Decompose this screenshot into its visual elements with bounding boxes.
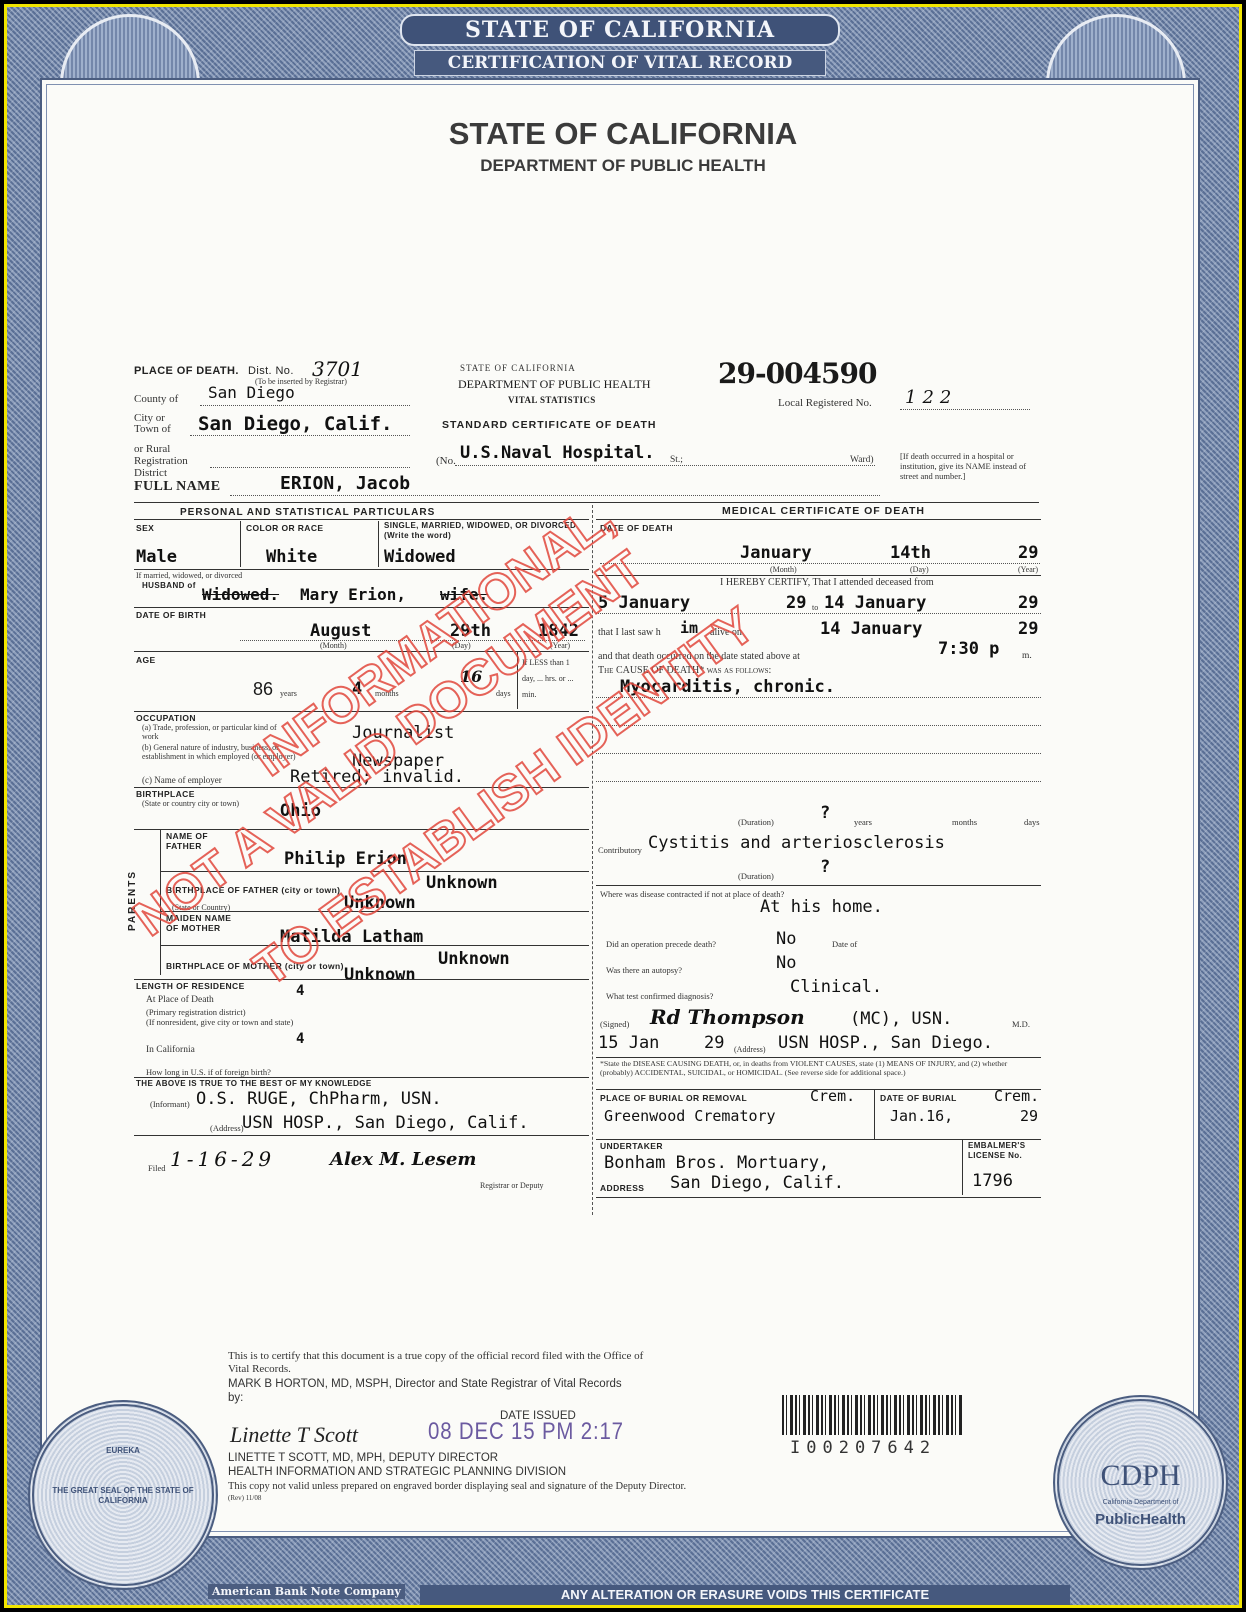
page-subtitle: DEPARTMENT OF PUBLIC HEALTH (0, 156, 1246, 176)
date-issued-stamp: 08 DEC 15 PM 2:17 (428, 1418, 624, 1446)
city-value: San Diego, Calif. (198, 413, 392, 435)
signed-suffix: (MC), USN. (850, 1009, 952, 1029)
top-banner: STATE OF CALIFORNIA CERTIFICATION OF VIT… (400, 14, 840, 80)
burial-date-value: Jan.16, (890, 1107, 953, 1125)
footnote: *State the DISEASE CAUSING DEATH, or, in… (600, 1059, 1040, 1077)
registrar-signature: Alex M. Lesem (330, 1149, 476, 1170)
burial-place-label: PLACE OF BURIAL OR REMOVAL (600, 1093, 747, 1103)
full-name-label: FULL NAME (134, 479, 220, 495)
local-reg-label: Local Registered No. (778, 397, 872, 409)
attended-to-year: 29 (1018, 593, 1038, 613)
california-state-seal-icon: EUREKA THE GREAT SEAL OF THE STATE OF CA… (28, 1400, 218, 1590)
contrib-duration: ? (820, 857, 830, 877)
autopsy-label: Was there an autopsy? (606, 965, 682, 975)
state-file-number: 29-004590 (718, 357, 876, 390)
occupation-label: OCCUPATION (136, 713, 196, 723)
state-registrar: MARK B HORTON, MD, MSPH, Director and St… (228, 1378, 622, 1390)
st-label: St.; (670, 455, 683, 465)
ward-label: Ward) (850, 455, 874, 465)
county-value: San Diego (208, 383, 295, 402)
last-saw-date: 14 January (820, 619, 922, 639)
county-label: County of (134, 393, 178, 405)
barcode-icon (782, 1395, 962, 1435)
burial-year: 29 (1020, 1107, 1038, 1125)
res-place-years: 4 (296, 983, 304, 999)
physician-signature-icon: Rd Thompson (650, 1005, 805, 1029)
burial-date-label: DATE OF BURIAL (880, 1093, 957, 1103)
spouse-label: HUSBAND of (142, 581, 196, 590)
res-place-label: At Place of Death (146, 995, 214, 1005)
filed-date: 1-16-29 (170, 1147, 275, 1171)
mother-birthplace-city: Unknown (438, 949, 510, 969)
full-name-value: ERION, Jacob (280, 473, 410, 494)
age-label: AGE (136, 655, 156, 665)
place-of-death-label: PLACE OF DEATH. (134, 365, 239, 377)
spouse-note: If married, widowed, or divorced (136, 571, 242, 580)
month-caption: (Month) (320, 641, 347, 650)
burial-place-value: Greenwood Crematory (604, 1107, 776, 1125)
res-ca-label: In California (146, 1045, 195, 1055)
undertaker-value: Bonham Bros. Mortuary, (604, 1153, 829, 1173)
dod-day-caption: (Day) (910, 565, 929, 574)
burial-date-header: Crem. (994, 1087, 1039, 1105)
dod-year: 29 (1018, 543, 1038, 563)
signed-label: (Signed) (600, 1019, 629, 1029)
test-label: What test confirmed diagnosis? (606, 991, 713, 1001)
certification-statement: This is to certify that this document is… (228, 1350, 648, 1376)
last-saw-year: 29 (1018, 619, 1038, 639)
years-caption: years (280, 689, 297, 698)
res-place-note: (Primary registration district) (146, 1007, 246, 1017)
contributory-label: Contributory (598, 845, 642, 855)
date-of-label: Date of (832, 939, 857, 949)
revision: (Rev) 11/08 (228, 1494, 261, 1502)
physician-address: USN HOSP., San Diego. (778, 1033, 993, 1053)
race-label: COLOR OR RACE (246, 523, 323, 533)
spouse-struck: Widowed. (202, 585, 279, 604)
no-label: (No. (436, 455, 456, 467)
rural-district-label: or Rural Registration District (134, 443, 214, 479)
age-years: 86 (253, 679, 273, 700)
marital-value: Widowed (384, 547, 456, 567)
vital-stats-label: VITAL STATISTICS (508, 395, 596, 405)
institution-value: U.S.Naval Hospital. (460, 443, 654, 463)
division: HEALTH INFORMATION AND STRATEGIC PLANNIN… (228, 1466, 566, 1478)
dod-month: January (740, 543, 812, 563)
undertaker-address-label: ADDRESS (600, 1183, 644, 1193)
banner-subtitle: CERTIFICATION OF VITAL RECORD (414, 50, 826, 76)
embalmer-value: 1796 (972, 1171, 1013, 1191)
dod-month-caption: (Month) (770, 565, 797, 574)
cause-duration-years: years (854, 817, 872, 827)
embalmer-label: EMBALMER'S LICENSE No. (968, 1141, 1038, 1161)
operation-label: Did an operation precede death? (606, 939, 716, 949)
dob-label: DATE OF BIRTH (136, 610, 206, 620)
cause-duration-months: months (952, 817, 977, 827)
contracted-label: Where was disease contracted if not at p… (600, 889, 784, 899)
md-label: M.D. (1012, 1019, 1030, 1029)
cause-duration: ? (820, 803, 830, 823)
residence-label: LENGTH OF RESIDENCE (136, 981, 245, 991)
mother-birthplace-state: Unknown (344, 965, 416, 985)
cdph-subtitle: California Department of (1059, 1499, 1222, 1506)
barcode-number: I00207642 (790, 1438, 936, 1458)
dept-label: DEPARTMENT OF PUBLIC HEALTH (458, 377, 651, 392)
deputy-signature: Linette T Scott (230, 1422, 358, 1448)
bottom-notice: ANY ALTERATION OR ERASURE VOIDS THIS CER… (420, 1585, 1070, 1605)
to-label: to (812, 603, 818, 612)
informant-cert-label: THE ABOVE IS TRUE TO THE BEST OF MY KNOW… (136, 1079, 372, 1088)
attended-from-year: 29 (786, 593, 806, 613)
operation-value: No (776, 929, 796, 949)
autopsy-value: No (776, 953, 796, 973)
local-reg-value: 122 (905, 387, 957, 408)
printer-name: American Bank Note Company (208, 1584, 405, 1599)
registrar-label: Registrar or Deputy (480, 1181, 544, 1190)
page-title: STATE OF CALIFORNIA (0, 116, 1246, 152)
dist-no-label: Dist. No. (248, 365, 294, 377)
medical-section-title: MEDICAL CERTIFICATE OF DEATH (722, 505, 925, 517)
form-title: STANDARD CERTIFICATE OF DEATH (442, 419, 657, 431)
m-label: m. (1022, 651, 1032, 661)
informant-address: USN HOSP., San Diego, Calif. (242, 1113, 529, 1133)
dod-year-caption: (Year) (1018, 565, 1038, 574)
death-time: 7:30 p (938, 639, 999, 659)
spouse-value: Mary Erion, (300, 585, 406, 604)
seal-text: THE GREAT SEAL OF THE STATE OF CALIFORNI… (34, 1486, 212, 1506)
sex-value: Male (136, 547, 177, 567)
filed-label: Filed (148, 1163, 165, 1173)
signed-date: 15 Jan (598, 1033, 659, 1053)
last-saw-label: that I last saw h (598, 627, 661, 638)
physician-address-label: (Address) (734, 1045, 766, 1054)
undertaker-address: San Diego, Calif. (670, 1173, 844, 1193)
contributory-value: Cystitis and arteriosclerosis (648, 833, 945, 853)
res-ca-years: 4 (296, 1031, 304, 1047)
birthplace-note: (State or country city or town) (142, 799, 242, 808)
banner-title: STATE OF CALIFORNIA (400, 14, 840, 46)
race-value: White (266, 547, 317, 567)
cause-duration-label: (Duration) (738, 817, 774, 827)
institution-note: [If death occurred in a hospital or inst… (900, 451, 1040, 481)
informant-address-label: (Address) (210, 1123, 244, 1133)
by-label: by: (228, 1392, 243, 1404)
res-us-label: How long in U.S. if of foreign birth? (146, 1067, 271, 1077)
deputy-director: LINETTE T SCOTT, MD, MPH, DEPUTY DIRECTO… (228, 1452, 498, 1464)
burial-place-header: Crem. (810, 1087, 855, 1105)
cdph-seal-icon: CDPH California Department of PublicHeal… (1053, 1395, 1228, 1570)
cdph-name: PublicHealth (1059, 1511, 1222, 1528)
nonresident-label: (If nonresident, give city or town and s… (146, 1017, 293, 1027)
validity-note: This copy not valid unless prepared on e… (228, 1481, 686, 1492)
contracted-value: At his home. (760, 897, 883, 917)
dod-day: 14th (890, 543, 931, 563)
birthplace-label: BIRTHPLACE (136, 789, 195, 799)
state-label: STATE OF CALIFORNIA (460, 363, 576, 373)
contrib-duration-label: (Duration) (738, 871, 774, 881)
certify-text: I HEREBY CERTIFY, That I attended deceas… (720, 577, 934, 588)
occ-c-label: (c) Name of employer (142, 775, 222, 785)
attended-to: 14 January (824, 593, 926, 613)
sex-label: SEX (136, 523, 154, 533)
informant-label: (Informant) (150, 1099, 190, 1109)
death-certificate-form: PLACE OF DEATH. Dist. No. 3701 (To be in… (130, 355, 1050, 1215)
dob-month: August (310, 621, 371, 641)
undertaker-label: UNDERTAKER (600, 1141, 663, 1151)
signed-year: 29 (704, 1033, 724, 1053)
test-value: Clinical. (790, 977, 882, 997)
cause-duration-days: days (1024, 817, 1040, 827)
personal-section-title: PERSONAL AND STATISTICAL PARTICULARS (180, 507, 435, 518)
cdph-logo: CDPH (1059, 1459, 1222, 1493)
seal-motto: EUREKA (34, 1446, 212, 1455)
informant-value: O.S. RUGE, ChPharm, USN. (196, 1089, 442, 1109)
city-label: City or Town of (134, 413, 189, 435)
